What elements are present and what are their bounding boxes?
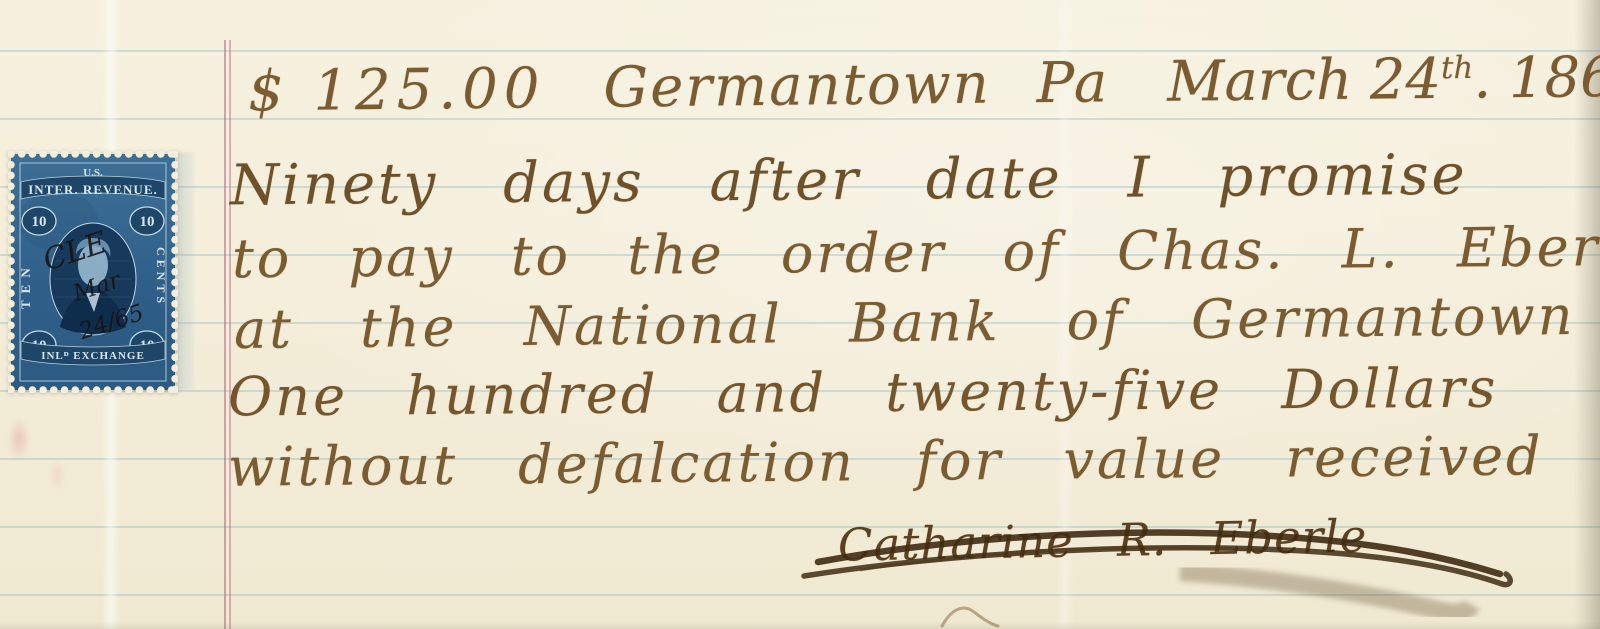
- promissory-note-document: U.S. INTER. REVENUE. 10 10 10 10 TEN CEN…: [0, 0, 1600, 629]
- handwriting-line-5: One hundred and twenty-five Dollars: [228, 357, 1499, 429]
- stamp-edge-shadow: [177, 152, 194, 390]
- date-written: March 24th. 1865: [1167, 45, 1600, 115]
- handwriting-line-3: to pay to the order of Chas. L. Eberle: [232, 215, 1600, 290]
- signature-strikethrough: [800, 492, 1520, 629]
- handwriting-line-2: Ninety days after date I promise: [230, 143, 1468, 219]
- margin-line-inner: [229, 40, 231, 629]
- red-ink-smudge-faint: [46, 455, 68, 495]
- stamp-value-top-left: 10: [32, 214, 47, 230]
- red-ink-smudge: [4, 410, 34, 468]
- stamp-right-label: CENTS: [154, 247, 168, 307]
- revenue-stamp: U.S. INTER. REVENUE. 10 10 10 10 TEN CEN…: [8, 151, 178, 398]
- handwriting-line-6: without defalcation for value received: [228, 424, 1544, 498]
- date-ordinal: th: [1441, 50, 1474, 86]
- bottom-edge-ink-mark: [938, 602, 1002, 628]
- revenue-stamp-art: U.S. INTER. REVENUE. 10 10 10 10 TEN CEN…: [8, 151, 178, 393]
- amount-figure: $ 125.00: [248, 56, 546, 124]
- stamp-left-label: TEN: [18, 261, 33, 309]
- stamp-value-top-right: 10: [140, 214, 155, 230]
- margin-line-outer: [224, 40, 226, 629]
- date-year: . 1865: [1473, 45, 1600, 112]
- stamp-bottom-banner-text: INLᴰ EXCHANGE: [41, 350, 145, 362]
- place-written: Germantown Pa: [603, 50, 1109, 120]
- stamp-banner-text: INTER. REVENUE.: [28, 182, 158, 197]
- ink-smear: [1180, 572, 1472, 612]
- date-day: March 24: [1167, 47, 1442, 115]
- strike-line-1: [818, 533, 1500, 574]
